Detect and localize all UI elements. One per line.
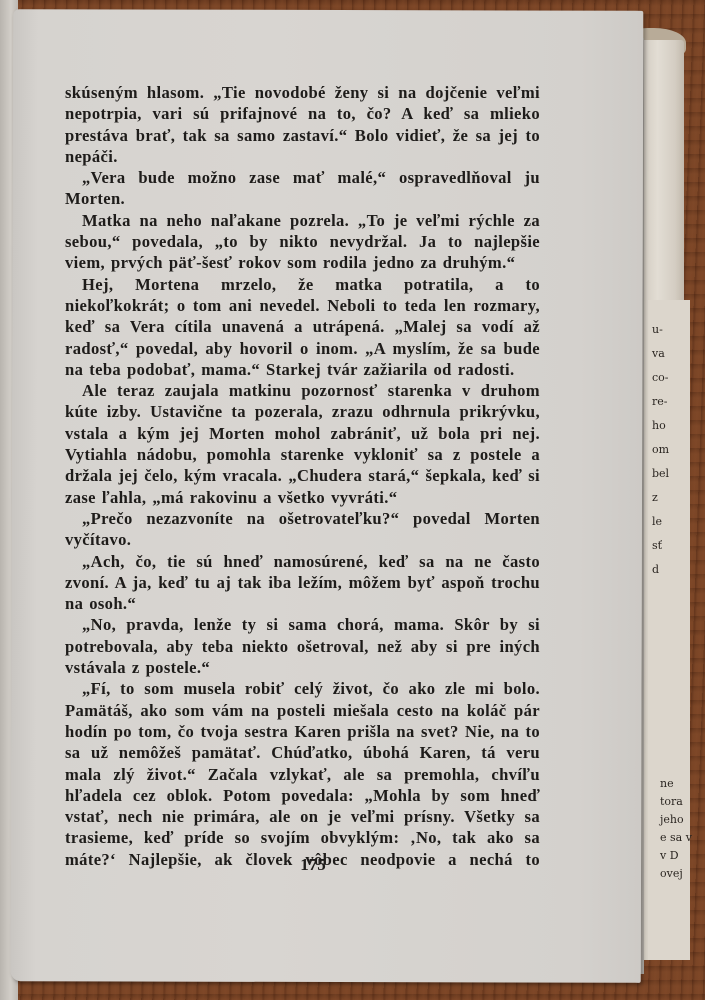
fragment-line: z xyxy=(652,486,669,510)
fragment-line: d xyxy=(652,558,669,582)
fragment-line: sť xyxy=(652,534,669,558)
paragraph: Ale teraz zaujala matkinu pozornosť star… xyxy=(65,380,540,508)
paragraph: skúseným hlasom. „Tie novodobé ženy si n… xyxy=(65,82,540,167)
fragment-line: om xyxy=(652,438,669,462)
edge-text-fragment-lower: ne tora jeho e sa v v D ovej xyxy=(660,775,692,883)
paragraph: „Ach, čo, tie sú hneď namosúrené, keď sa… xyxy=(65,551,540,615)
fragment-line: ne xyxy=(660,775,692,793)
page-body-text: skúseným hlasom. „Tie novodobé ženy si n… xyxy=(65,82,540,870)
fragment-line: bel xyxy=(652,462,669,486)
fragment-line: v D xyxy=(660,847,692,865)
page-number: 175 xyxy=(293,855,333,875)
paragraph: „Fí, to som musela robiť celý život, čo … xyxy=(65,678,540,870)
fragment-line: jeho xyxy=(660,811,692,829)
fragment-line: u- xyxy=(652,318,669,342)
paragraph: „Prečo nezazvoníte na ošetrovateľku?“ po… xyxy=(65,508,540,551)
fragment-line: ovej xyxy=(660,865,692,883)
fragment-line: re- xyxy=(652,390,669,414)
paragraph: Hej, Mortena mrzelo, že matka potratila,… xyxy=(65,274,540,380)
paragraph: Matka na neho naľakane pozrela. „To je v… xyxy=(65,210,540,274)
fragment-line: co- xyxy=(652,366,669,390)
edge-text-fragment-upper: u- va co- re- ho om bel z le sť d xyxy=(652,318,669,582)
fragment-line: e sa v xyxy=(660,829,692,847)
fragment-line: le xyxy=(652,510,669,534)
fragment-line: tora xyxy=(660,793,692,811)
paragraph: „Vera bude možno zase mať malé,“ osprave… xyxy=(65,167,540,210)
fragment-line: va xyxy=(652,342,669,366)
paragraph: „No, pravda, lenže ty si sama chorá, mam… xyxy=(65,614,540,678)
fragment-line: ho xyxy=(652,414,669,438)
